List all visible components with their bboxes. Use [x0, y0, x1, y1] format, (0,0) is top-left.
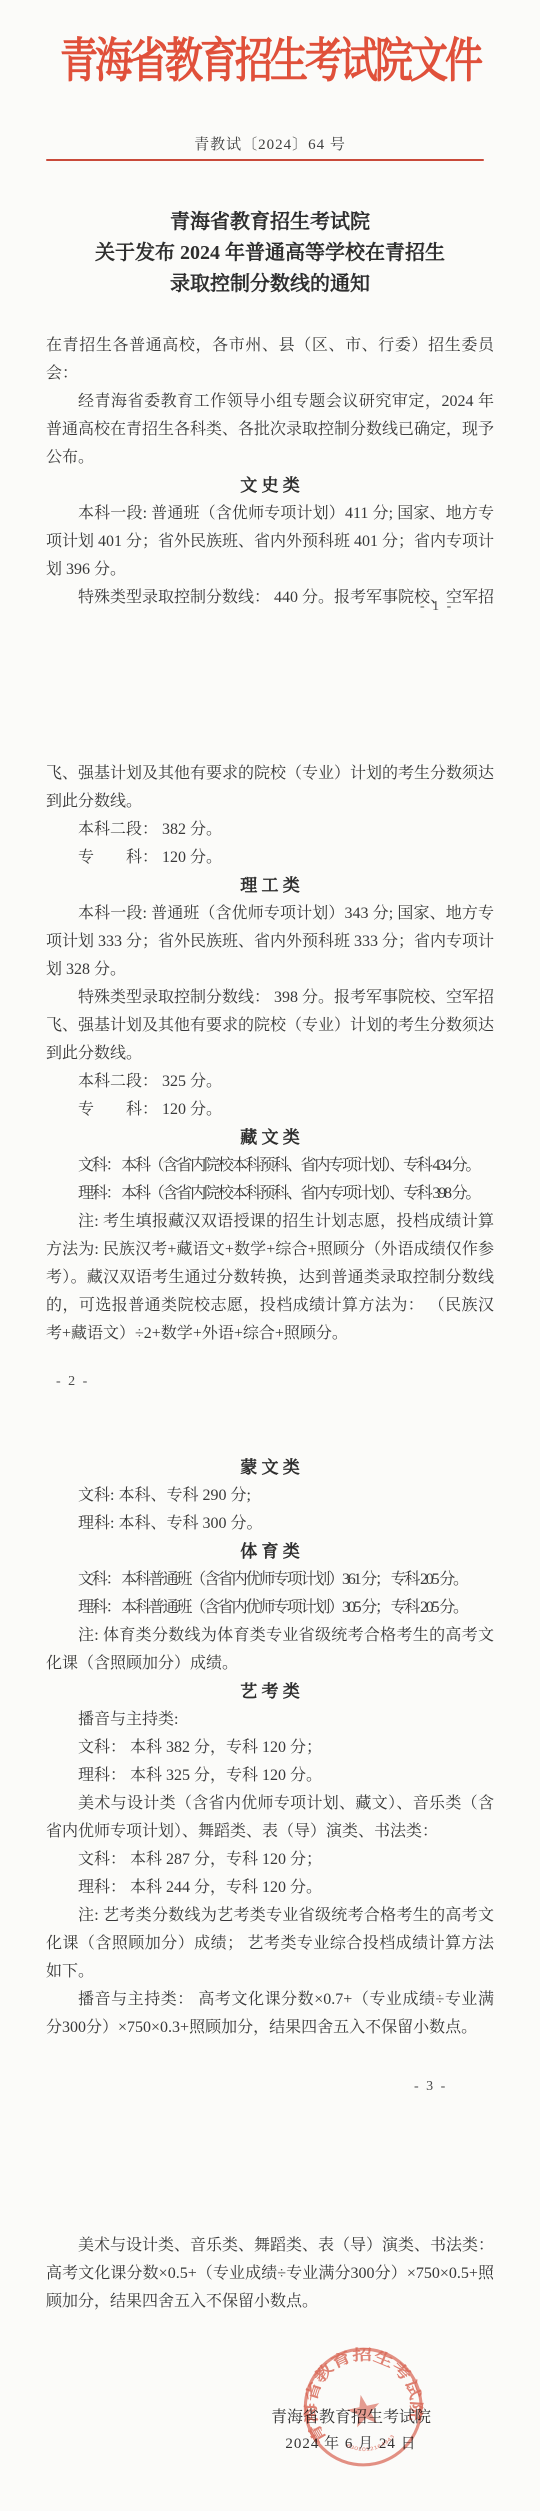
heading-mengwen: 蒙 文 类 — [46, 1454, 494, 1482]
doc-number: 青教试〔2024〕64 号 — [0, 133, 540, 154]
seal-code-text: 6301012164943 — [344, 2433, 398, 2458]
seal-star-icon — [345, 2391, 384, 2428]
page-number-1: - 1 - — [420, 599, 453, 615]
para-tiyu-wenke: 文科： 本科普通班（含省内优师专项计划）361 分； 专科 205 分。 — [46, 1566, 494, 1594]
para-wenshi-ben1: 本科一段: 普通班（含优师专项计划）411 分; 国家、地方专项计划 401 分… — [46, 500, 494, 584]
para-wenshi-ben2: 本科二段： 382 分。 — [46, 816, 494, 844]
heading-yikao: 艺 考 类 — [46, 1678, 494, 1706]
para-boyin-wenke: 文科： 本科 382 分，专科 120 分； — [46, 1734, 494, 1762]
masthead: 青海省教育招生考试院文件 — [0, 22, 540, 77]
para-wenshi-special-part2: 飞、强基计划及其他有要求的院校（专业）计划的考生分数须达到此分数线。 — [46, 760, 494, 816]
seal-graphic: 青海省教育招生考试院 6301012164943 — [289, 2332, 436, 2479]
para-wenshi-zhuanke: 专 科： 120 分。 — [46, 844, 494, 872]
para-boyin-label: 播音与主持类: — [46, 1706, 494, 1734]
official-seal: 青海省教育招生考试院 6301012164943 — [289, 2332, 436, 2479]
heading-ligong: 理 工 类 — [46, 872, 494, 900]
document-title: 青海省教育招生考试院 关于发布 2024 年普通高等学校在青招生 录取控制分数线… — [0, 207, 540, 300]
scanned-document: 青海省教育招生考试院文件 青教试〔2024〕64 号 青海省教育招生考试院 关于… — [0, 0, 540, 2511]
masthead-title: 青海省教育招生考试院文件 — [60, 22, 480, 91]
para-meishu-wenke: 文科： 本科 287 分，专科 120 分； — [46, 1846, 494, 1874]
para-zangwen-wenke: 文科： 本科（含省内院校本科预科、省内专项计划）、专科 434 分。 — [46, 1152, 494, 1180]
para-salutation: 在青招生各普通高校，各市州、县（区、市、行委）招生委员会： — [46, 332, 494, 388]
heading-tiyu: 体 育 类 — [46, 1538, 494, 1566]
para-meishu-like: 理科： 本科 244 分，专科 120 分。 — [46, 1874, 494, 1902]
document-title-line3: 录取控制分数线的通知 — [0, 269, 540, 300]
para-mengwen-like: 理科: 本科、专科 300 分。 — [46, 1510, 494, 1538]
seal-ring-text: 青海省教育招生考试院 — [289, 2334, 430, 2448]
document-title-line2: 关于发布 2024 年普通高等学校在青招生 — [0, 238, 540, 269]
page3-body: 蒙 文 类 文科: 本科、专科 290 分; 理科: 本科、专科 300 分。 … — [46, 1454, 494, 2042]
page4-body: 美术与设计类、音乐类、舞蹈类、表（导）演类、书法类：高考文化课分数×0.5+（专… — [46, 2232, 494, 2316]
para-ligong-ben2: 本科二段： 325 分。 — [46, 1068, 494, 1096]
para-mengwen-wenke: 文科: 本科、专科 290 分; — [46, 1482, 494, 1510]
para-meishu-intro: 美术与设计类（含省内优师专项计划、藏文）、音乐类（含省内优师专项计划）、舞蹈类、… — [46, 1790, 494, 1846]
para-meishu-formula: 美术与设计类、音乐类、舞蹈类、表（导）演类、书法类：高考文化课分数×0.5+（专… — [46, 2232, 494, 2316]
page-number-2: - 2 - — [56, 1374, 89, 1390]
page2-body: 飞、强基计划及其他有要求的院校（专业）计划的考生分数须达到此分数线。 本科二段：… — [46, 760, 494, 1348]
document-title-line1: 青海省教育招生考试院 — [0, 207, 540, 238]
heading-wenshi: 文 史 类 — [46, 472, 494, 500]
page-number-3: - 3 - — [414, 2079, 447, 2095]
para-boyin-formula: 播音与主持类： 高考文化课分数×0.7+（专业成绩÷专业满分300分）×750×… — [46, 1986, 494, 2042]
para-boyin-like: 理科： 本科 325 分，专科 120 分。 — [46, 1762, 494, 1790]
para-zangwen-like: 理科： 本科（含省内院校本科预科、省内专项计划）、专科 398 分。 — [46, 1180, 494, 1208]
heading-zangwen: 藏 文 类 — [46, 1124, 494, 1152]
para-ligong-zhuanke: 专 科： 120 分。 — [46, 1096, 494, 1124]
para-yikao-note: 注: 艺考类分数线为艺考类专业省级统考合格考生的高考文化课（含照顾加分）成绩； … — [46, 1902, 494, 1986]
para-tiyu-like: 理科： 本科普通班（含省内优师专项计划）305 分； 专科 205 分。 — [46, 1594, 494, 1622]
page1-body: 在青招生各普通高校，各市州、县（区、市、行委）招生委员会： 经青海省委教育工作领… — [46, 332, 494, 612]
red-divider-rule — [46, 159, 484, 161]
para-zangwen-note: 注: 考生填报藏汉双语授课的招生计划志愿，投档成绩计算方法为: 民族汉考+藏语文… — [46, 1208, 494, 1348]
para-intro: 经青海省委教育工作领导小组专题会议研究审定，2024 年普通高校在青招生各科类、… — [46, 388, 494, 472]
para-tiyu-note: 注: 体育类分数线为体育类专业省级统考合格考生的高考文化课（含照顾加分）成绩。 — [46, 1622, 494, 1678]
para-ligong-special: 特殊类型录取控制分数线： 398 分。报考军事院校、空军招飞、强基计划及其他有要… — [46, 984, 494, 1068]
para-ligong-ben1: 本科一段: 普通班（含优师专项计划）343 分; 国家、地方专项计划 333 分… — [46, 900, 494, 984]
